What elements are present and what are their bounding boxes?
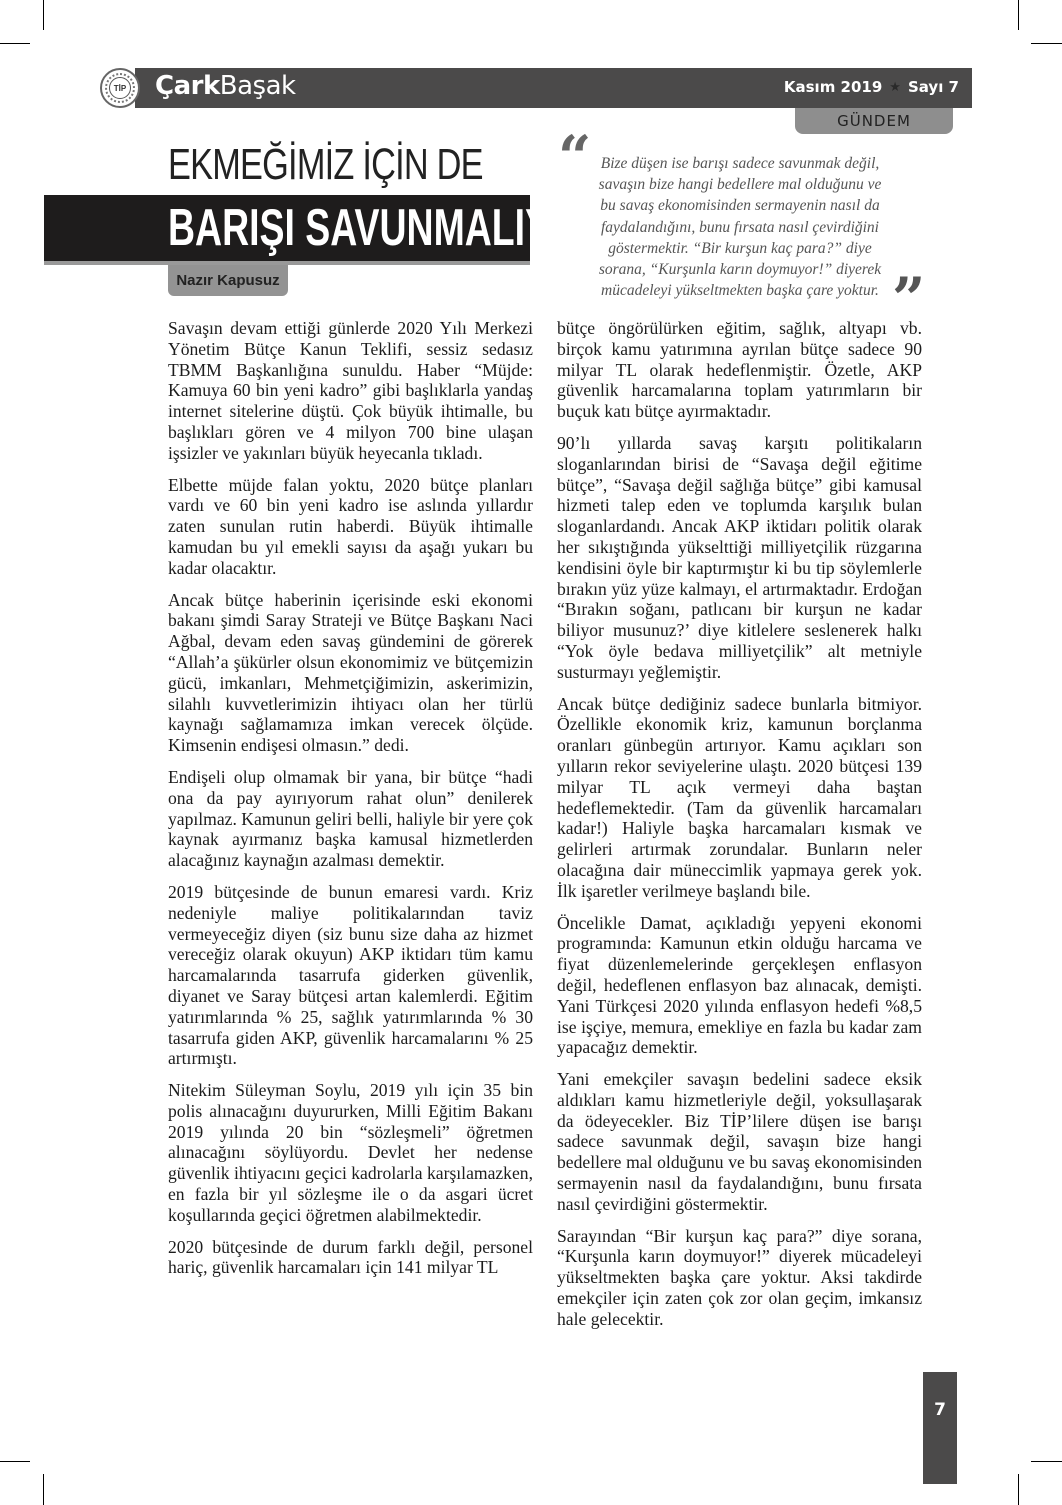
brand-bold: Çark [155, 71, 220, 101]
pull-quote-line: sorana, “Kurşunla karın doymuyor!” diyer… [585, 259, 895, 280]
body-paragraph: Nitekim Süleyman Soylu, 2019 yılı için 3… [168, 1080, 533, 1226]
body-paragraph: 90’lı yıllarda savaş karşıtı politikalar… [557, 433, 922, 683]
crop-mark-bottom-right-v [1018, 1474, 1019, 1505]
magazine-brand: ÇarkBaşak [155, 71, 296, 101]
body-paragraph: Yani emekçiler savaşın bedelini sadece e… [557, 1069, 922, 1215]
crop-mark-top-right-v [1018, 0, 1019, 30]
body-paragraph: Savaşın devam ettiği günlerde 2020 Yılı … [168, 318, 533, 464]
body-column-right: bütçe öngörülürken eğitim, sağlık, altya… [557, 318, 922, 1341]
crop-mark-top-left-h [0, 43, 30, 44]
body-paragraph: Ancak bütçe haberinin içerisinde eski ek… [168, 590, 533, 756]
body-paragraph: bütçe öngörülürken eğitim, sağlık, altya… [557, 318, 922, 422]
crop-mark-top-right-h [1031, 43, 1062, 44]
pull-quote-line: savaşın bize hangi bedellere mal olduğun… [585, 174, 895, 195]
body-paragraph: Öncelikle Damat, açıkladığı yepyeni ekon… [557, 913, 922, 1059]
body-paragraph: Endişeli olup olmamak bir yana, bir bütç… [168, 767, 533, 871]
body-column-left: Savaşın devam ettiği günlerde 2020 Yılı … [168, 318, 533, 1289]
pull-quote-line: faydalandığını, bunu fırsata nasıl çevir… [585, 217, 895, 238]
page-number: 7 [923, 1372, 957, 1484]
issue-number: Sayı 7 [908, 78, 959, 96]
tip-logo-icon: TİP [100, 68, 140, 108]
body-paragraph: Ancak bütçe dediğiniz sadece bunlarla bi… [557, 694, 922, 902]
pull-quote: Bize düşen ise barışı sadece savunmak de… [585, 153, 895, 301]
body-paragraph: 2020 bütçesinde de durum farklı değil, p… [168, 1237, 533, 1279]
section-label: GÜNDEM [795, 108, 953, 134]
crop-mark-bottom-right-h [1031, 1461, 1062, 1462]
pull-quote-line: Bize düşen ise barışı sadece savunmak de… [585, 153, 895, 174]
star-icon: ★ [889, 80, 901, 95]
pull-quote-line: mücadeleyi yükseltmekten başka çare yokt… [585, 280, 895, 301]
body-paragraph: 2019 bütçesinde de bunun emaresi vardı. … [168, 882, 533, 1069]
issue-date: Kasım 2019 [784, 78, 882, 96]
author-byline: Nazır Kapusuz [168, 265, 288, 296]
body-paragraph: Sarayından “Bir kurşun kaç para?” diye s… [557, 1226, 922, 1330]
crop-mark-top-left-v [43, 0, 44, 30]
crop-mark-bottom-left-v [43, 1474, 44, 1505]
logo-text: TİP [109, 77, 131, 99]
pull-quote-line: göstermektir. “Bir kurşun kaç para?” diy… [585, 238, 895, 259]
pull-quote-line: bu savaş ekonomisinden sermayenin nasıl … [585, 195, 895, 216]
article-headline: BARIŞI SAVUNMALIYIZ [168, 198, 583, 258]
body-paragraph: Elbette müjde falan yoktu, 2020 bütçe pl… [168, 475, 533, 579]
article-kicker: EKMEĞİMİZ İÇİN DE [168, 140, 483, 190]
brand-regular: Başak [220, 71, 296, 101]
issue-info: Kasım 2019 ★ Sayı 7 [784, 78, 959, 96]
crop-mark-bottom-left-h [0, 1461, 30, 1462]
